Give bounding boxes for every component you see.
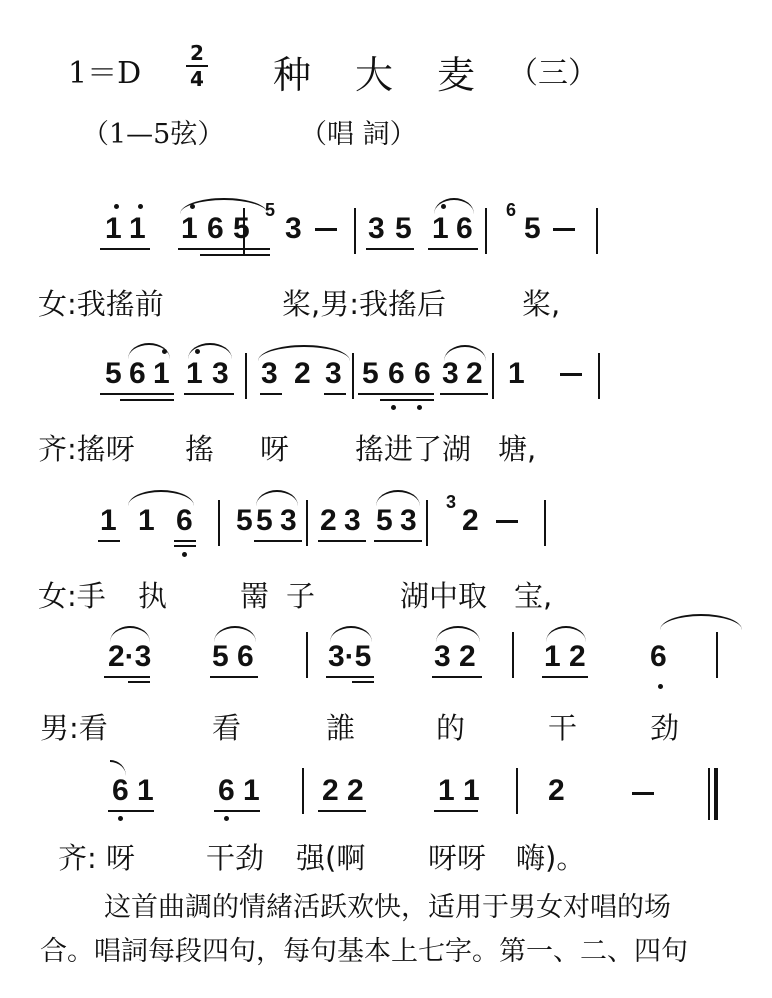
staff-line-1: 1 1 1 6 5 5 3 3 5 1 6 6 5 女:我搖前 桨,男:我搖后 … bbox=[0, 190, 772, 310]
lyric: 搖 bbox=[185, 427, 214, 468]
lyric: 罱 bbox=[240, 574, 269, 615]
description-line-2: 合。唱詞每段四句，每句基本上七字。第一、二、四句 bbox=[40, 930, 688, 974]
note-group: 2 2 bbox=[322, 776, 364, 806]
barline bbox=[512, 632, 514, 678]
lyric: 的 bbox=[436, 706, 465, 747]
note-group: 6 1 bbox=[112, 776, 154, 806]
note: 5 bbox=[362, 359, 379, 389]
lyric: 齐:搖呀 bbox=[38, 427, 135, 468]
note: 3 bbox=[442, 359, 459, 389]
barline bbox=[243, 208, 245, 254]
note: 3 bbox=[212, 359, 229, 389]
lyric: 湖中取 bbox=[400, 574, 487, 615]
lyric: 呀 bbox=[260, 427, 289, 468]
note: 6 bbox=[176, 506, 193, 536]
note: 1 bbox=[186, 359, 203, 389]
barline bbox=[516, 768, 518, 814]
lyric: 誰 bbox=[326, 706, 355, 747]
note: 2 bbox=[466, 359, 483, 389]
staff-line-2: 5 6 1 1 3 3 2 3 5 6 6 3 2 1 齐:搖呀 搖 呀 搖进了… bbox=[0, 335, 772, 455]
note: 3 bbox=[368, 214, 385, 244]
note: 1 bbox=[181, 214, 198, 244]
time-signature-bottom: 4 bbox=[190, 67, 204, 91]
final-barline-thin bbox=[708, 768, 710, 820]
note: 5 bbox=[236, 506, 253, 536]
note: 1 bbox=[508, 359, 525, 389]
note: 2 bbox=[320, 506, 337, 536]
note-group: 5 6 bbox=[212, 642, 254, 672]
barline bbox=[492, 353, 494, 399]
lyric: 搖进了湖 bbox=[355, 427, 471, 468]
staff-line-5: 6 1 6 1 2 2 1 1 2 齐: 呀 干劲 强(啊 呀呀 嗨)。 bbox=[0, 758, 772, 878]
dash bbox=[560, 373, 582, 376]
barline bbox=[354, 208, 356, 254]
note: 6 bbox=[207, 214, 224, 244]
note-group: 3·5 bbox=[328, 642, 371, 672]
lyric: 女:手 bbox=[38, 574, 106, 615]
note: 3 bbox=[261, 359, 278, 389]
key-signature: 1＝D bbox=[68, 48, 141, 92]
note: 3 bbox=[344, 506, 361, 536]
note: 5 bbox=[256, 506, 273, 536]
note: 5 bbox=[524, 214, 541, 244]
note: 1 bbox=[153, 359, 170, 389]
note: 1 bbox=[138, 506, 155, 536]
barline bbox=[426, 500, 428, 546]
note: 2 bbox=[294, 359, 311, 389]
note: 1 bbox=[129, 214, 146, 244]
note: 5 bbox=[395, 214, 412, 244]
staff-line-3: 1 1 6 5 5 3 2 3 5 3 3 2 女:手 执 罱 子 湖中取 宝, bbox=[0, 482, 772, 602]
note-group: 3 2 bbox=[434, 642, 476, 672]
lyrics-label: （唱 詞） bbox=[300, 112, 417, 151]
note-group: 6 1 bbox=[218, 776, 260, 806]
note: 5 bbox=[233, 214, 250, 244]
description-line-1: 这首曲調的情緒活跃欢快，适用于男女对唱的场 bbox=[104, 886, 671, 930]
grace-note: 3 bbox=[446, 492, 456, 513]
song-title: 种大麦 bbox=[273, 44, 519, 99]
note: 5 bbox=[105, 359, 122, 389]
dash bbox=[496, 520, 518, 523]
lyric: 子 bbox=[286, 574, 315, 615]
note-group: 1 1 bbox=[438, 776, 480, 806]
barline bbox=[596, 208, 598, 254]
staff-line-4: 2·3 5 6 3·5 3 2 1 2 6 男:看 看 誰 的 干 劲 bbox=[0, 612, 772, 732]
lyric: 干 bbox=[548, 706, 577, 747]
dash bbox=[632, 792, 654, 795]
lyric: 嗨)。 bbox=[516, 836, 585, 877]
lyric: 男:看 bbox=[40, 706, 108, 747]
barline bbox=[306, 500, 308, 546]
note: 6 bbox=[388, 359, 405, 389]
barline bbox=[352, 353, 354, 399]
title-suffix: （三） bbox=[508, 48, 598, 92]
barline bbox=[302, 768, 304, 814]
note: 1 bbox=[105, 214, 122, 244]
note: 2 bbox=[462, 506, 479, 536]
note: 6 bbox=[650, 642, 667, 672]
barline bbox=[716, 632, 718, 678]
grace-note: 5 bbox=[265, 200, 275, 221]
note: 5 bbox=[376, 506, 393, 536]
lyric: 强(啊 bbox=[296, 836, 365, 877]
barline bbox=[485, 208, 487, 254]
lyric: 呀呀 bbox=[428, 836, 486, 877]
barline bbox=[245, 353, 247, 399]
barline bbox=[218, 500, 220, 546]
note: 3 bbox=[400, 506, 417, 536]
lyric: 执 bbox=[138, 574, 167, 615]
note-group: 1 2 bbox=[544, 642, 586, 672]
lyric: 劲 bbox=[650, 706, 679, 747]
lyric: 塘, bbox=[498, 427, 536, 468]
note: 2 bbox=[548, 776, 565, 806]
note: 3 bbox=[280, 506, 297, 536]
barline bbox=[598, 353, 600, 399]
barline bbox=[544, 500, 546, 546]
lyric: 宝, bbox=[514, 574, 552, 615]
lyric: 女:我搖前 bbox=[38, 282, 164, 323]
lyric: 干劲 bbox=[206, 836, 264, 877]
note: 1 bbox=[100, 506, 117, 536]
time-signature-top: 2 bbox=[190, 41, 204, 65]
dash bbox=[315, 228, 337, 231]
note: 6 bbox=[129, 359, 146, 389]
note: 3 bbox=[285, 214, 302, 244]
lyric: 看 bbox=[212, 706, 241, 747]
strings-label: （1—5弦） bbox=[82, 112, 224, 151]
note: 3 bbox=[325, 359, 342, 389]
lyric: 齐: 呀 bbox=[58, 836, 135, 877]
final-barline-thick bbox=[714, 768, 718, 820]
lyric: 桨,男:我搖后 bbox=[282, 282, 446, 323]
note: 6 bbox=[414, 359, 431, 389]
note: 1 bbox=[432, 214, 449, 244]
lyric: 桨, bbox=[522, 282, 560, 323]
note: 6 bbox=[456, 214, 473, 244]
time-signature: 2 4 bbox=[186, 42, 208, 90]
barline bbox=[306, 632, 308, 678]
dash bbox=[553, 228, 575, 231]
note-group: 2·3 bbox=[108, 642, 151, 672]
grace-note: 6 bbox=[506, 200, 516, 221]
